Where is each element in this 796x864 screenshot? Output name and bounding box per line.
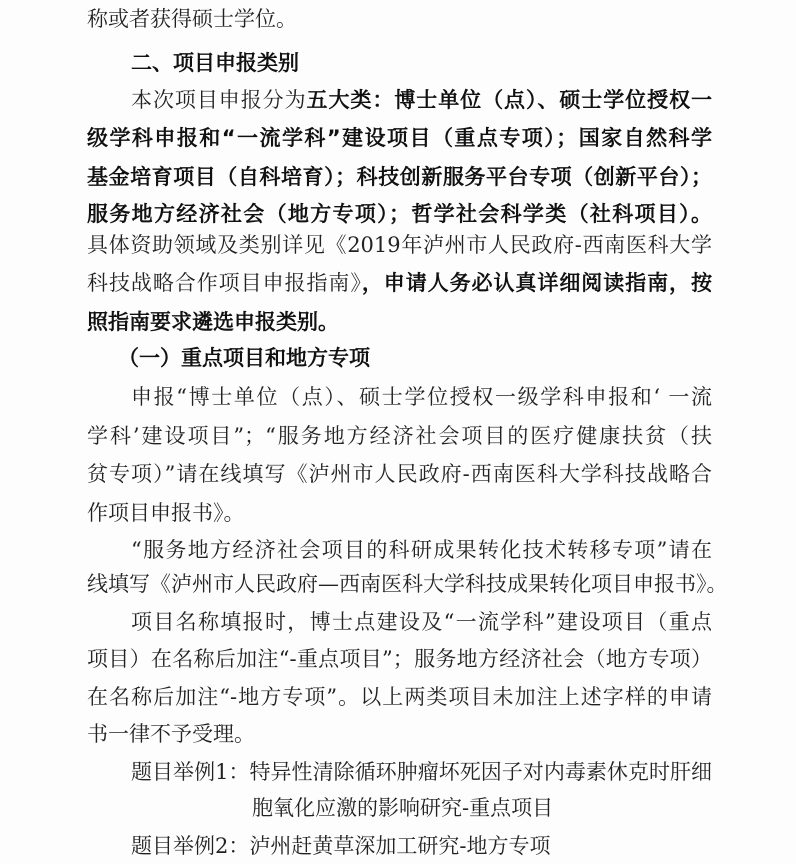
paragraph-line: 服务地方经济社会（地方专项）；哲学社会科学类（社科项目）。 [87,199,712,229]
paragraph-line: 线填写《泸州市人民政府—西南医科大学科技成果转化项目申报书》。 [87,569,712,599]
subsection-heading: （一）重点项目和地方专项 [118,343,370,373]
regular-text: 本次项目申报分为 [131,88,307,112]
example-2-line: 题目举例2：泸州赶黄草深加工研究-地方专项 [131,831,550,861]
paragraph-line: 具体资助领域及类别详见《2019年泸州市人民政府-西南医科大学 [87,230,712,260]
example-1-continuation: 胞氧化应激的影响研究-重点项目 [252,793,553,823]
paragraph-line: 基金培育项目（自科培育）；科技创新服务平台专项（创新平台）； [87,162,712,192]
document-page: 称或者获得硕士学位。 二、项目申报类别 本次项目申报分为五大类：博士单位（点）、… [0,0,796,864]
paragraph-line: 科技战略合作项目申报指南》，申请人务必认真详细阅读指南，按 [87,268,712,298]
paragraph-line: 项目）在名称后加注“-重点项目”；服务地方经济社会（地方专项） [87,644,712,674]
paragraph-line: 书一律不予受理。 [87,719,255,749]
paragraph-line: 在名称后加注“-地方专项”。以上两类项目未加注上述字样的申请 [87,682,712,712]
bold-text: 五大类：博士单位（点）、硕士学位授权一 [307,88,712,112]
section-heading: 二、项目申报类别 [131,48,299,78]
paragraph-line: 本次项目申报分为五大类：博士单位（点）、硕士学位授权一 [131,85,712,115]
paragraph-line: “服务地方经济社会项目的科研成果转化技术转移专项”请在 [131,535,712,565]
example-1-line: 题目举例1：特异性清除循环肿瘤坏死因子对内毒素休克时肝细 [131,757,712,787]
paragraph-line: 申报“博士单位（点）、硕士学位授权一级学科申报和‘ 一流 [131,382,712,412]
paragraph-tail-line: 称或者获得硕士学位。 [87,4,297,34]
paragraph-line: 项目名称填报时，博士点建设及“一流学科”建设项目（重点 [131,607,712,637]
paragraph-line: 照指南要求遴选申报类别。 [87,307,339,337]
bold-text: ，申请人务必认真详细阅读指南，按 [362,271,712,295]
paragraph-line: 贫专项）”请在线填写《泸州市人民政府-西南医科大学科技战略合 [87,459,712,489]
paragraph-line: 级学科申报和“一流学科”建设项目（重点专项）；国家自然科学 [87,123,712,153]
regular-text: 科技战略合作项目申报指南》 [87,271,362,295]
paragraph-line: 学科’建设项目”；“服务地方经济社会项目的医疗健康扶贫（扶 [87,421,712,451]
paragraph-line: 作项目申报书》。 [87,498,245,528]
